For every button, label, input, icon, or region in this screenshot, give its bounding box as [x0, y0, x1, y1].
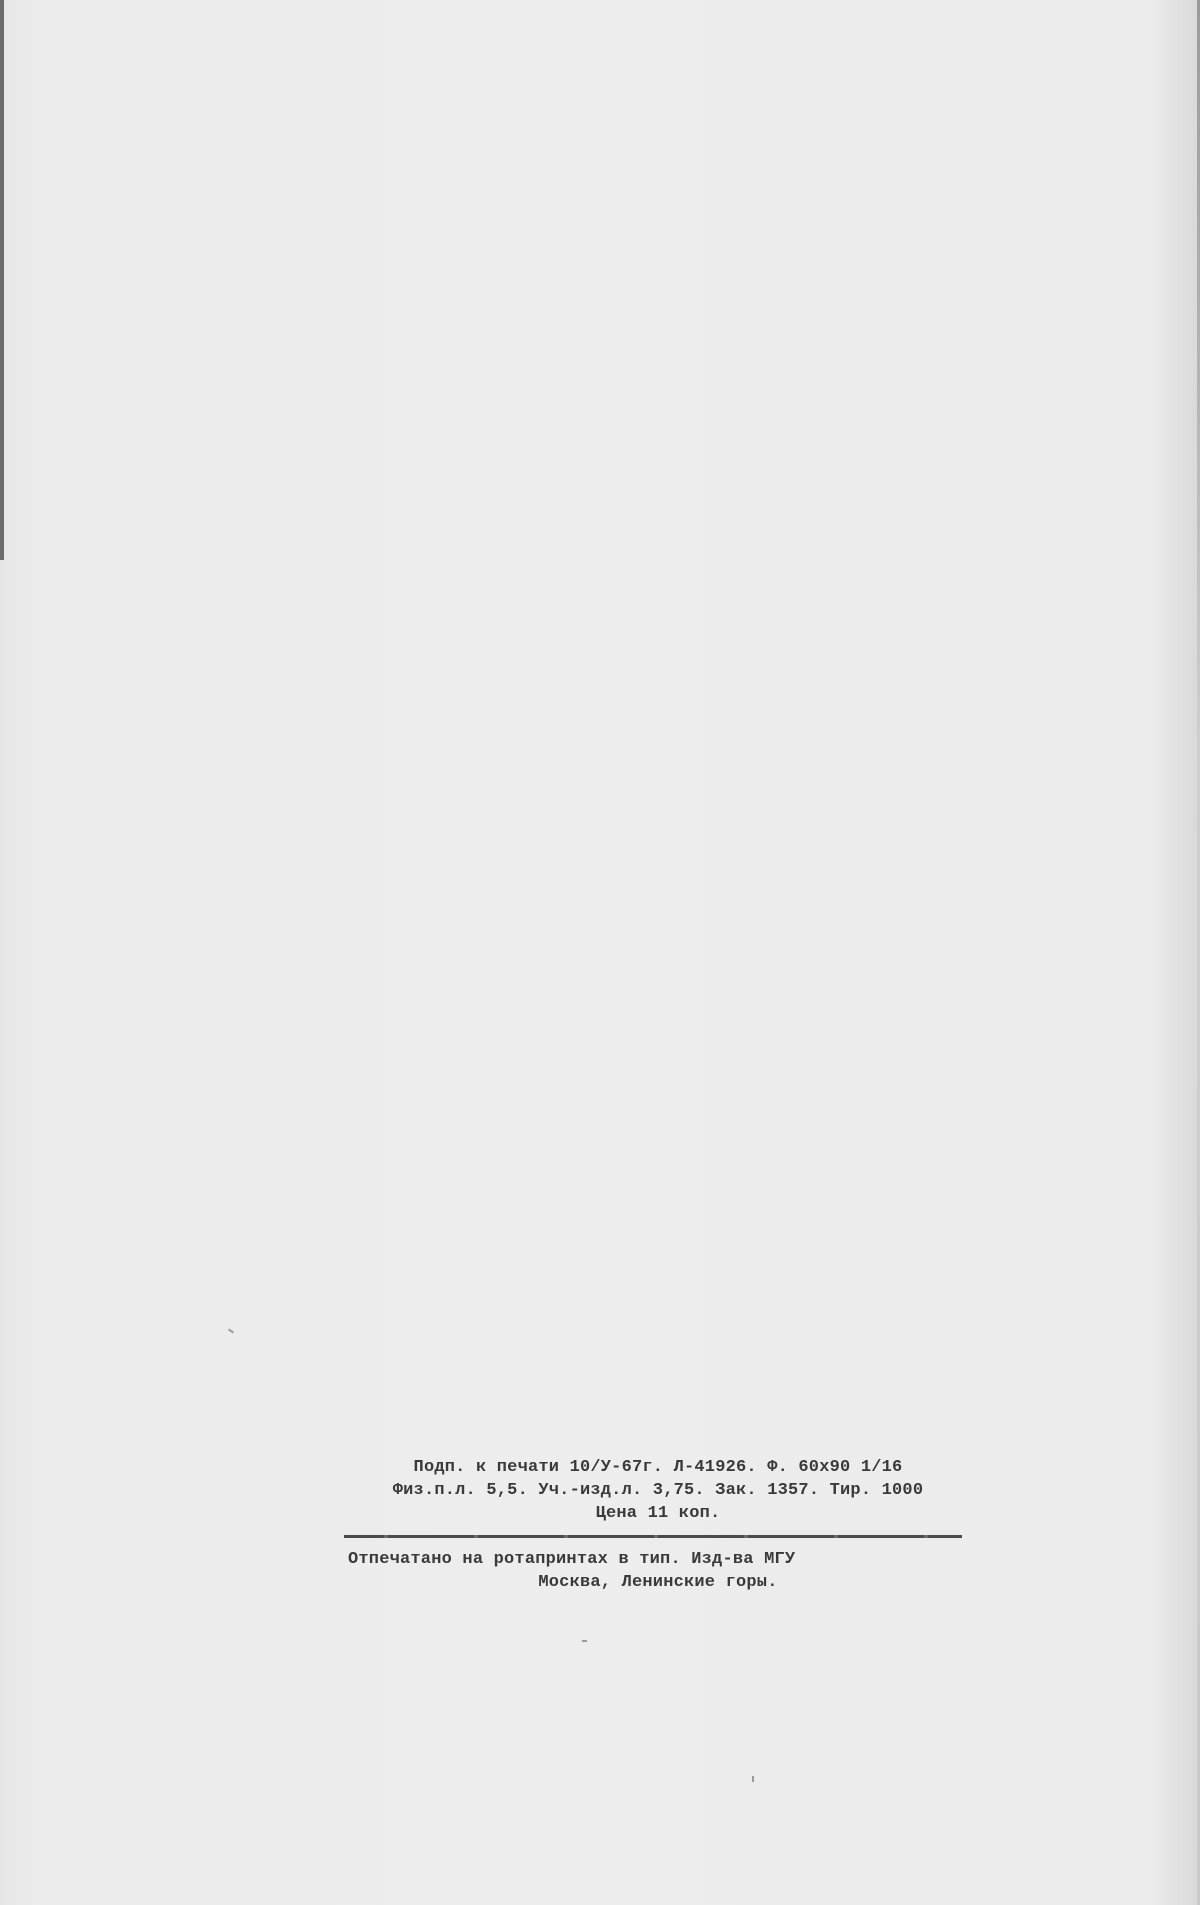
imprint-line-2: Физ.п.л. 5,5. Уч.-изд.л. 3,75. Зак. 1357…: [348, 1479, 968, 1502]
printer-line-1: Отпечатано на ротапринтах в тип. Изд-ва …: [348, 1548, 968, 1571]
speck: [582, 1640, 587, 1642]
printer-line-2: Москва, Ленинские горы.: [348, 1571, 968, 1594]
speck: [752, 1776, 754, 1782]
speck: [228, 1328, 234, 1333]
imprint-line-1: Подп. к печати 10/У-67г. Л-41926. Ф. 60x…: [348, 1456, 968, 1479]
imprint-block: Подп. к печати 10/У-67г. Л-41926. Ф. 60x…: [348, 1456, 968, 1594]
imprint-price: Цена 11 коп.: [348, 1502, 968, 1525]
page-left-edge: [0, 0, 4, 560]
page: Подп. к печати 10/У-67г. Л-41926. Ф. 60x…: [0, 0, 1200, 1905]
divider-rule: [344, 1535, 962, 1538]
